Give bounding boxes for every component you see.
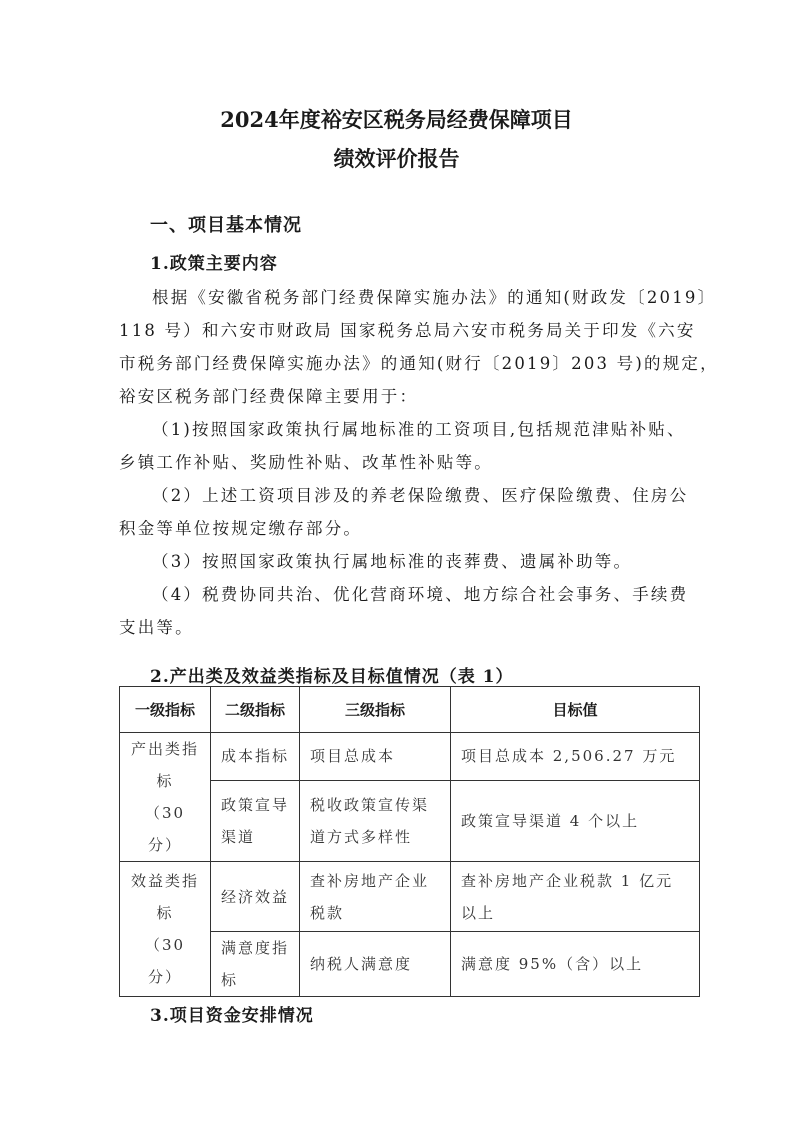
section-heading-basic-info: 一、项目基本情况 [150,211,302,237]
subheading-funding: 3.项目资金安排情况 [150,1001,314,1026]
list-item-1-line: （1)按照国家政策执行属地标准的工资项目,包括规范津贴补贴、 [119,413,699,446]
target-cell: 查补房地产企业税款 1 亿元以上 [451,862,700,932]
document-title-line2: 绩效评价报告 [0,143,793,173]
table-row: 效益类指标 （30 分） 经济效益 查补房地产企业税款 查补房地产企业税款 1 … [120,862,700,932]
list-item-2-line: 积金等单位按规定缴存部分。 [119,512,699,545]
level2-cell: 政策宣导渠道 [211,780,300,861]
table-header-row: 一级指标 二级指标 三级指标 目标值 [120,687,700,733]
level3-cell: 纳税人满意度 [300,932,451,997]
document-title-line1: 2024年度裕安区税务局经费保障项目 [0,104,793,134]
indicators-table: 一级指标 二级指标 三级指标 目标值 产出类指标 （30 分） 成本指标 项目总… [119,686,700,997]
table-row: 产出类指标 （30 分） 成本指标 项目总成本 项目总成本 2,506.27 万… [120,733,700,781]
level2-cell: 满意度指标 [211,932,300,997]
list-item-4-line: 支出等。 [119,611,699,644]
level3-cell: 项目总成本 [300,733,451,781]
level2-cell: 成本指标 [211,733,300,781]
policy-intro-paragraph: 根据《安徽省税务部门经费保障实施办法》的通知(财政发〔2019〕 118 号）和… [119,281,699,644]
subheading-policy-content: 1.政策主要内容 [150,249,278,274]
paragraph-line: 市税务部门经费保障实施办法》的通知(财行〔2019〕203 号)的规定， [119,347,699,380]
list-item-3-line: （3）按照国家政策执行属地标准的丧葬费、遗属补助等。 [119,545,699,578]
paragraph-line: 118 号）和六安市财政局 国家税务总局六安市税务局关于印发《六安 [119,314,699,347]
target-cell: 政策宣导渠道 4 个以上 [451,780,700,861]
level1-label: 产出类指标 [130,733,200,797]
header-level2: 二级指标 [211,687,300,733]
header-level3: 三级指标 [300,687,451,733]
list-item-1-line: 乡镇工作补贴、奖励性补贴、改革性补贴等。 [119,446,699,479]
level3-cell: 查补房地产企业税款 [300,862,451,932]
header-level1: 一级指标 [120,687,211,733]
list-item-2-line: （2）上述工资项目涉及的养老保险缴费、医疗保险缴费、住房公 [119,479,699,512]
level3-cell: 税收政策宣传渠道方式多样性 [300,780,451,861]
paragraph-line: 裕安区税务部门经费保障主要用于： [119,380,699,413]
level2-cell: 经济效益 [211,862,300,932]
paragraph-line: 根据《安徽省税务部门经费保障实施办法》的通知(财政发〔2019〕 [119,281,699,314]
level1-label: 效益类指标 [130,865,200,929]
header-target: 目标值 [451,687,700,733]
level1-score: （30 分） [130,797,200,861]
target-cell: 项目总成本 2,506.27 万元 [451,733,700,781]
subheading-indicators: 2.产出类及效益类指标及目标值情况（表 1） [150,662,514,687]
level1-cell-benefit: 效益类指标 （30 分） [120,862,211,997]
list-item-4-line: （4）税费协同共治、优化营商环境、地方综合社会事务、手续费 [119,578,699,611]
level1-score: （30 分） [130,929,200,993]
level1-cell-output: 产出类指标 （30 分） [120,733,211,862]
target-cell: 满意度 95%（含）以上 [451,932,700,997]
